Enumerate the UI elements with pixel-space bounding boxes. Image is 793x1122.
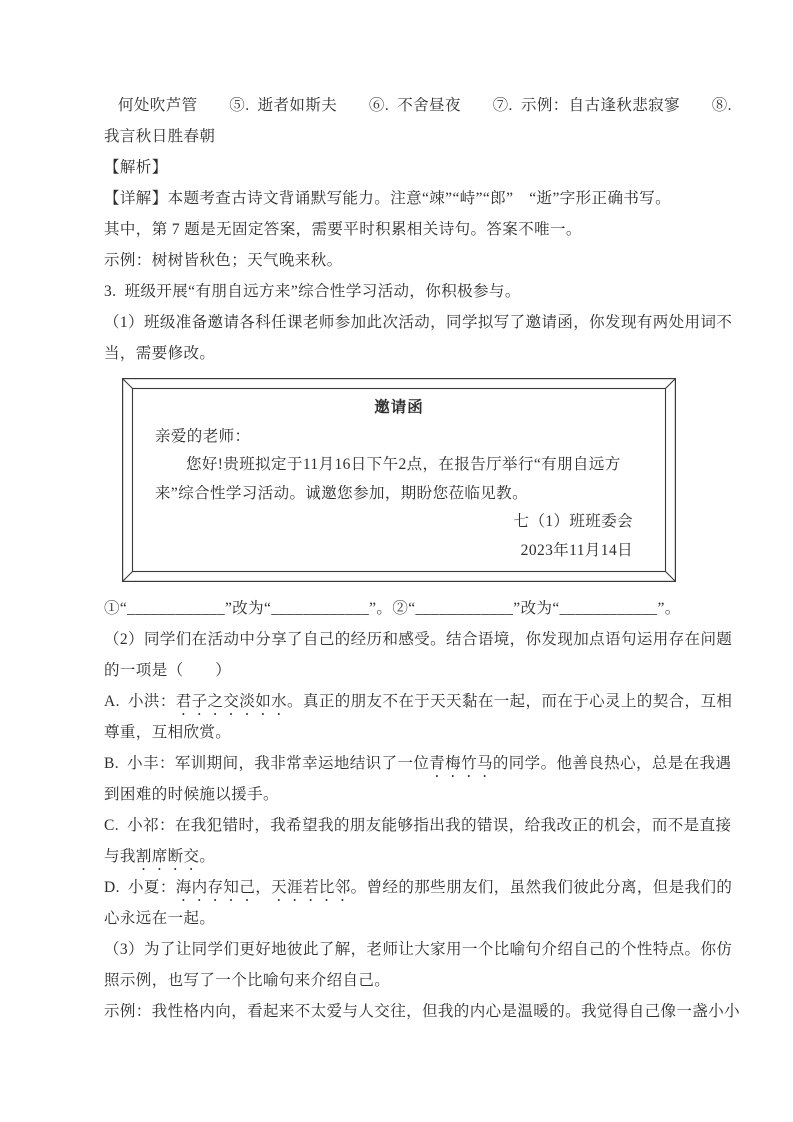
- invitation-box: 邀请函 亲爱的老师： 您好!贵班拟定于11月16日下午2点，在报告厅举行“有朋自…: [122, 378, 676, 582]
- option-a-line-1: A. 小洪：君子之交淡如水。真正的朋友不在于天天黏在一起，而在于心灵上的契合，互…: [104, 686, 684, 717]
- invitation-content: 邀请函 亲爱的老师： 您好!贵班拟定于11月16日下午2点，在报告厅举行“有朋自…: [133, 389, 665, 571]
- option-b-post: 的同学。他善良热心，总是在我遇: [493, 755, 732, 772]
- invitation-body-line-2: 来”综合性学习活动。诚邀您参加，期盼您莅临见教。: [155, 480, 643, 509]
- question3-part3-line-1: （3）为了让同学们更好地彼此了解，老师让大家用一个比喻句介绍自己的个性特点。你仿: [104, 934, 684, 965]
- question3-part1-line-1: （1）班级准备邀请各科任课老师参加此次活动，同学拟写了邀请函，你发现有两处用词不: [104, 307, 684, 338]
- option-b-line-2: 到困难的时候施以援手。: [104, 779, 684, 810]
- question3-part1-line-2: 当，需要修改。: [104, 338, 684, 369]
- option-d-emphasized-2: 天涯若比邻: [271, 879, 351, 896]
- analysis-detail-line-2: 其中，第 7 题是无固定答案，需要平时积累相关诗句。答案不唯一。: [104, 214, 684, 245]
- option-b-line-1: B. 小丰：军训期间，我非常幸运地结识了一位青梅竹马的同学。他善良热心，总是在我…: [104, 748, 684, 779]
- option-c-post: 。: [199, 848, 215, 865]
- option-d-pre: D. 小夏：: [104, 879, 176, 896]
- option-b-emphasized: 青梅竹马: [429, 755, 493, 772]
- option-d-post: 。曾经的那些朋友们，虽然我们彼此分离，但是我们的: [351, 879, 733, 896]
- question3-part2-line-1: （2）同学们在活动中分享了自己的经历和感受。结合语境，你发现加点语句运用存在问题: [104, 624, 684, 655]
- question3-part3-example: 示例：我性格内向，看起来不太爱与人交往，但我的内心是温暖的。我觉得自己像一盏小小: [104, 996, 684, 1027]
- option-a-pre: A. 小洪：: [104, 693, 176, 710]
- option-c-emphasized: 割席断交: [136, 848, 200, 865]
- option-d-line-2: 心永远在一起。: [104, 903, 684, 934]
- invitation-date: 2023年11月14日: [155, 537, 643, 566]
- invitation-signature: 七（1）班班委会: [155, 508, 643, 537]
- blanks-line: ①“____________”改为“____________”。②“______…: [104, 593, 684, 624]
- option-c-pre: 与我: [104, 848, 136, 865]
- invitation-salutation: 亲爱的老师：: [155, 423, 643, 452]
- option-a-line-2: 尊重，互相欣赏。: [104, 717, 684, 748]
- option-d-mid: ，: [255, 879, 271, 896]
- answer-line-1: 何处吹芦管 ⑤. 逝者如斯夫 ⑥. 不舍昼夜 ⑦. 示例：自古逢秋悲寂寥 ⑧.: [104, 90, 684, 121]
- option-a-post: 。真正的朋友不在于天天黏在一起，而在于心灵上的契合，互相: [287, 693, 732, 710]
- invitation-body-line-1: 您好!贵班拟定于11月16日下午2点，在报告厅举行“有朋自远方: [155, 451, 643, 480]
- option-a-emphasized: 君子之交淡如水: [176, 693, 287, 710]
- question3-part3-line-2: 照示例，也写了一个比喻句来介绍自己。: [104, 965, 684, 996]
- option-c-line-1: C. 小祁：在我犯错时，我希望我的朋友能够指出我的错误，给我改正的机会，而不是直…: [104, 810, 684, 841]
- exam-answer-page: 何处吹芦管 ⑤. 逝者如斯夫 ⑥. 不舍昼夜 ⑦. 示例：自古逢秋悲寂寥 ⑧. …: [0, 0, 793, 1122]
- option-c-line-2: 与我割席断交。: [104, 841, 684, 872]
- option-d-emphasized-1: 海内存知己: [176, 879, 256, 896]
- option-b-pre: B. 小丰：军训期间，我非常幸运地结识了一位: [104, 755, 429, 772]
- option-d-line-1: D. 小夏：海内存知己，天涯若比邻。曾经的那些朋友们，虽然我们彼此分离，但是我们…: [104, 872, 684, 903]
- invitation-title: 邀请函: [155, 394, 643, 423]
- question3-part2-line-2: 的一项是（ ）: [104, 655, 684, 686]
- answer-line-2: 我言秋日胜春朝: [104, 121, 684, 152]
- question3-intro: 3. 班级开展“有朋自远方来”综合性学习活动，你积极参与。: [104, 276, 684, 307]
- analysis-detail-line-1: 【详解】本题考查古诗文背诵默写能力。注意“竦”“峙”“郎” “逝”字形正确书写。: [104, 183, 684, 214]
- document-content: 何处吹芦管 ⑤. 逝者如斯夫 ⑥. 不舍昼夜 ⑦. 示例：自古逢秋悲寂寥 ⑧. …: [104, 90, 684, 1027]
- analysis-detail-line-3: 示例：树树皆秋色；天气晚来秋。: [104, 245, 684, 276]
- analysis-header: 【解析】: [104, 152, 684, 183]
